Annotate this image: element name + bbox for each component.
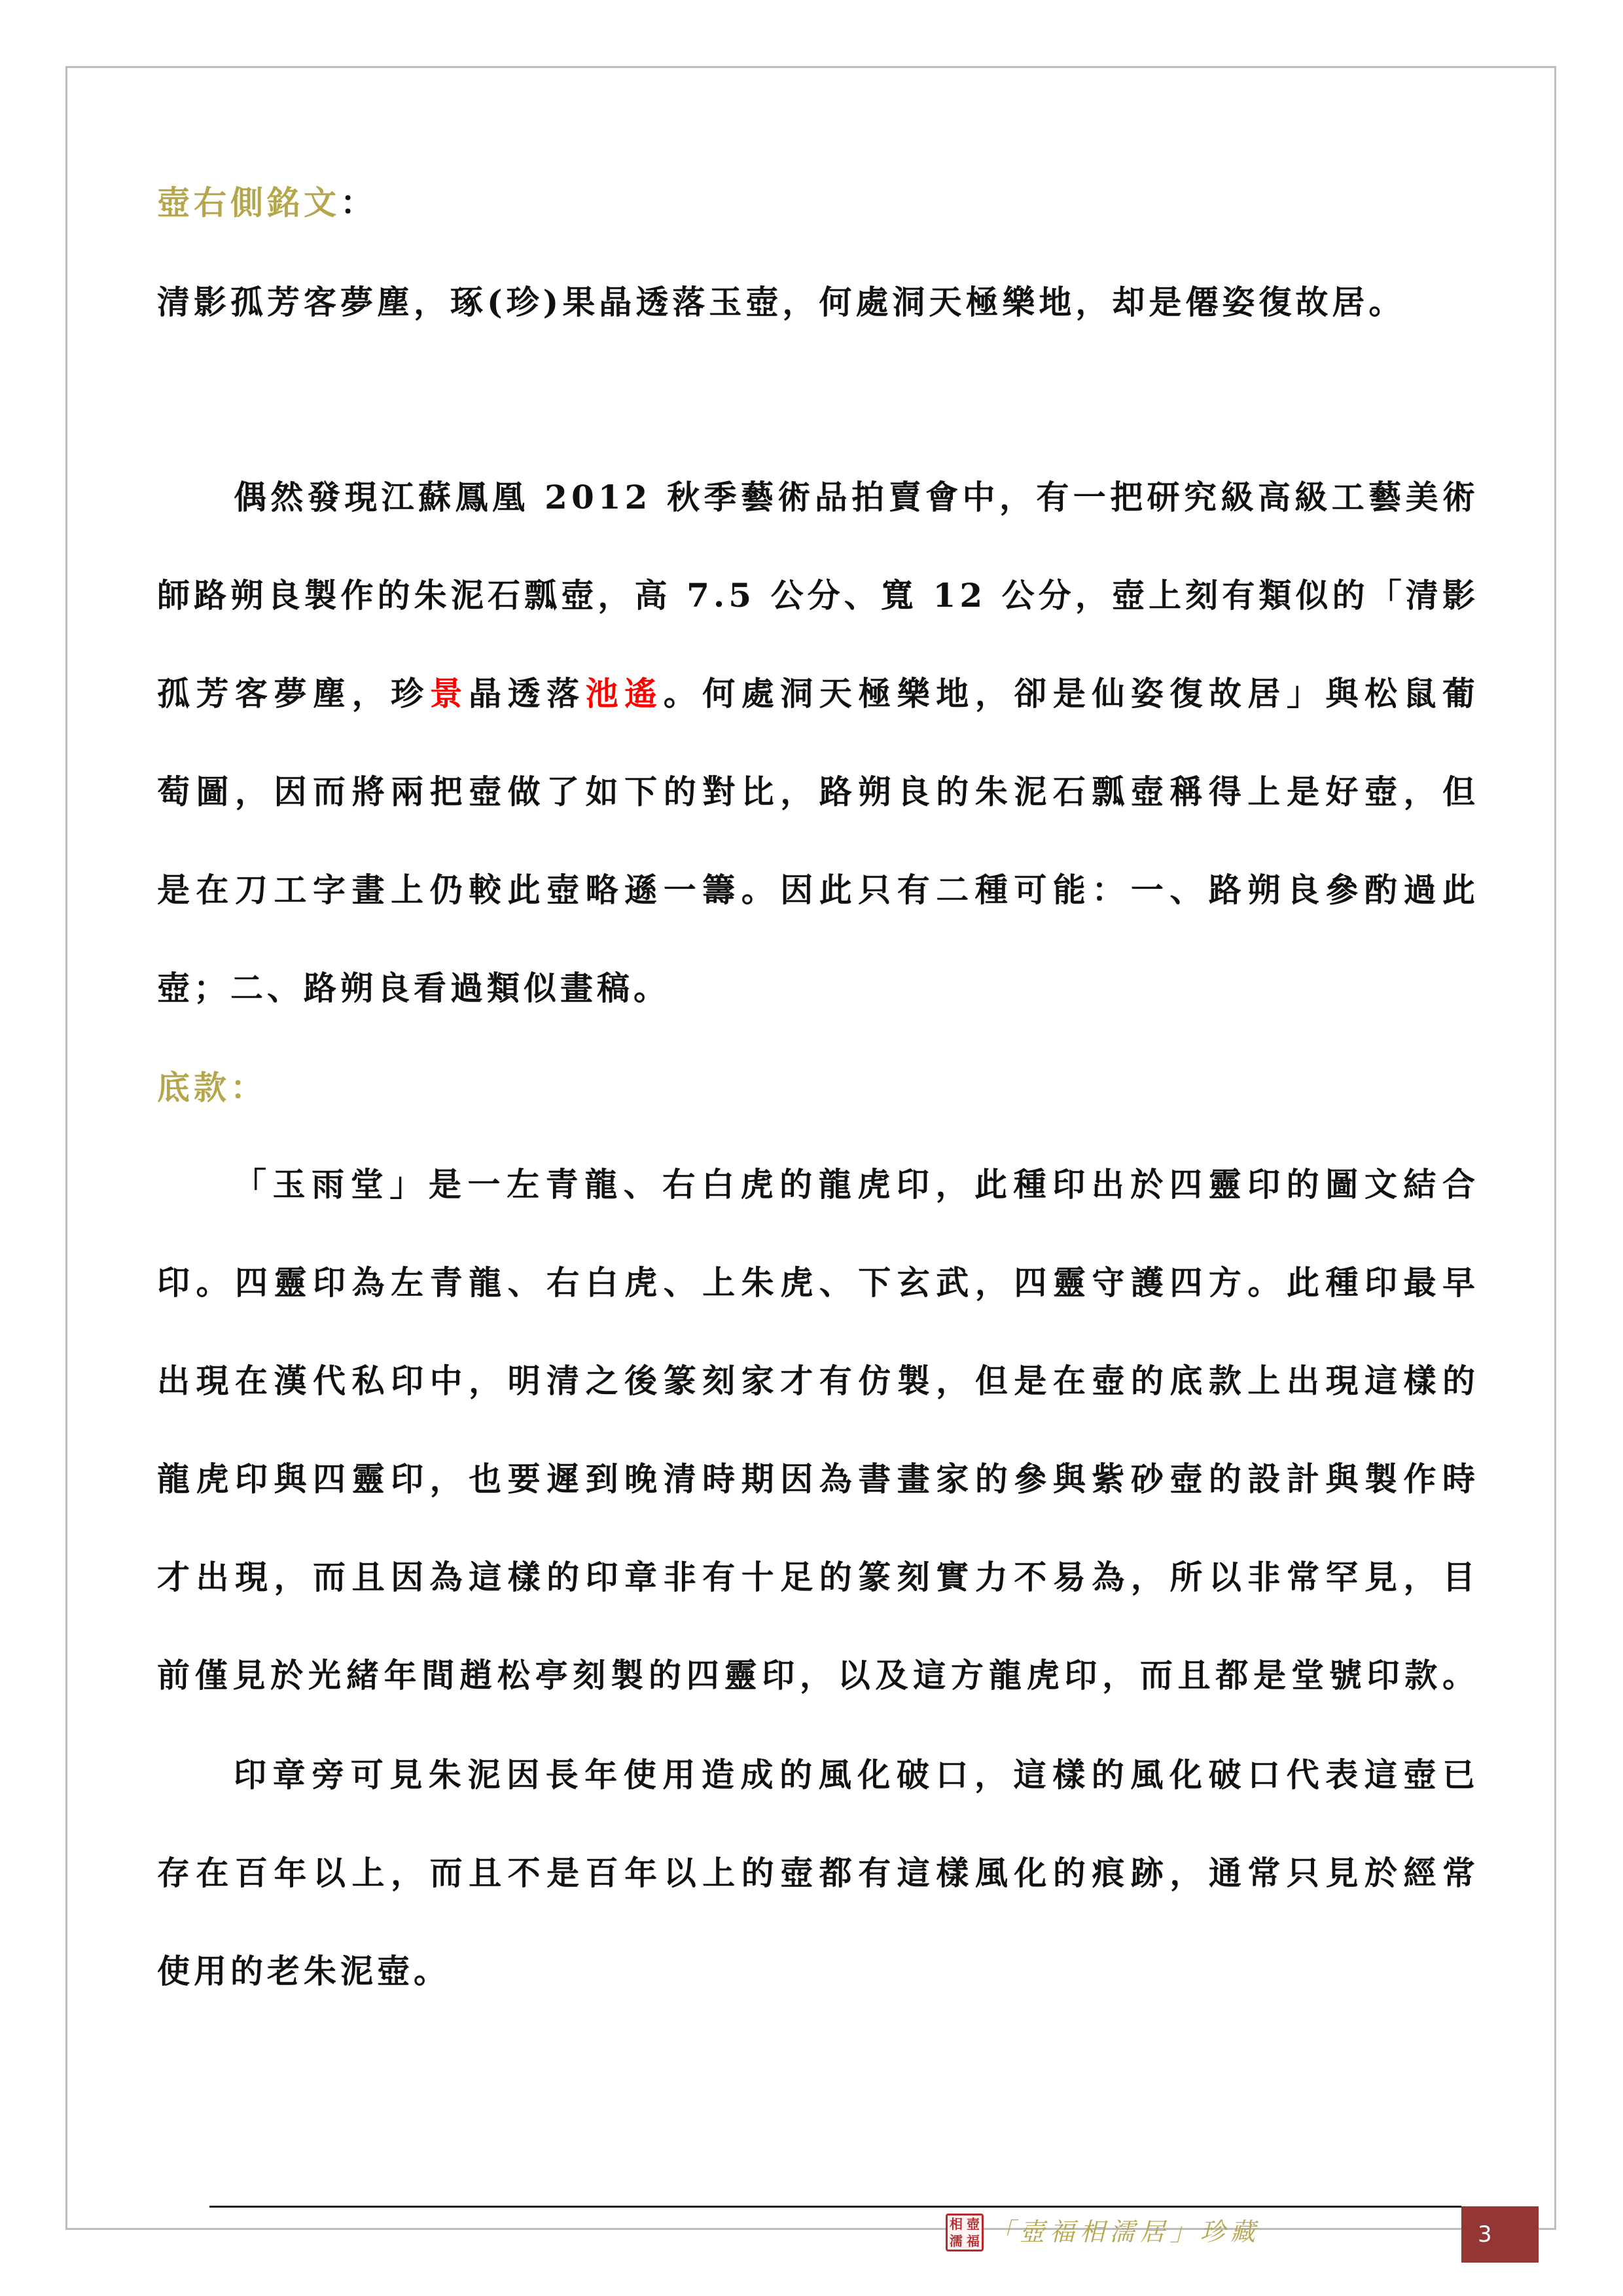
section-heading-base-mark: 底款： xyxy=(157,1062,1479,1114)
paragraph1-line-1: 偶然發現江蘇鳳凰 2012 秋季藝術品拍賣會中，有一把研究級高級工藝美術 xyxy=(234,471,1479,524)
page-number: 3 xyxy=(1461,2206,1539,2263)
seal-char: 濡 xyxy=(948,2233,965,2250)
paragraph2-line-4: 龍虎印與四靈印，也要遲到晚清時期因為書畫家的參與紫砂壺的設計與製作時 xyxy=(157,1453,1479,1505)
seal-stamp-icon: 相 壺 濡 福 xyxy=(946,2214,984,2251)
paragraph3-line-3: 使用的老朱泥壺。 xyxy=(157,1945,1479,1998)
heading-text: 底款 xyxy=(157,1068,230,1107)
paragraph1-line-2: 師路朔良製作的朱泥石瓢壺，高 7.5 公分、寬 12 公分，壺上刻有類似的「清影 xyxy=(157,569,1479,622)
paragraph3-line-1: 印章旁可見朱泥因長年使用造成的風化破口，這樣的風化破口代表這壺已 xyxy=(234,1749,1479,1801)
highlighted-text: 景 xyxy=(430,674,469,713)
section-heading-right-side-inscription: 壺右側銘文： xyxy=(157,177,1479,229)
paragraph1-line-6: 壺；二、路朔良看過類似畫稿。 xyxy=(157,962,1479,1014)
paragraph1-line-5: 是在刀工字畫上仍較此壺略遜一籌。因此只有二種可能：一、路朔良參酌過此 xyxy=(157,864,1479,916)
footer-collection-title: 「壺福相濡居」珍藏 xyxy=(990,2212,1260,2251)
paragraph3-line-2: 存在百年以上，而且不是百年以上的壺都有這樣風化的痕跡，通常只見於經常 xyxy=(157,1847,1479,1899)
text-run: 孤芳客夢塵，珍 xyxy=(157,674,430,713)
heading-text: 壺右側銘文 xyxy=(157,183,340,222)
paragraph2-line-2: 印。四靈印為左青龍、右白虎、上朱虎、下玄武，四靈守護四方。此種印最早 xyxy=(157,1257,1479,1309)
paragraph2-line-6: 前僅見於光緒年間趙松亭刻製的四靈印，以及這方龍虎印，而且都是堂號印款。 xyxy=(157,1649,1479,1702)
seal-char: 壺 xyxy=(965,2215,982,2233)
text-run: 晶透落 xyxy=(469,674,586,713)
footer-rule xyxy=(209,2206,1461,2208)
inscription-text: 清影孤芳客夢塵，琢(珍)果晶透落玉壺，何處洞天極樂地，却是僊姿復故居。 xyxy=(157,276,1479,329)
seal-char: 相 xyxy=(948,2215,965,2233)
paragraph2-line-3: 出現在漢代私印中，明清之後篆刻家才有仿製，但是在壺的底款上出現這樣的 xyxy=(157,1355,1479,1407)
seal-char: 福 xyxy=(965,2233,982,2250)
highlighted-text: 池遙 xyxy=(586,674,664,713)
paragraph1-line-3: 孤芳客夢塵，珍景晶透落池遙。何處洞天極樂地，卻是仙姿復故居」與松鼠葡 xyxy=(157,668,1479,720)
page-frame xyxy=(65,66,1556,2230)
paragraph2-line-5: 才出現，而且因為這樣的印章非有十足的篆刻實力不易為，所以非常罕見，目 xyxy=(157,1551,1479,1604)
paragraph2-line-1: 「玉雨堂」是一左青龍、右白虎的龍虎印，此種印出於四靈印的圖文結合 xyxy=(234,1158,1479,1211)
text-run: 。何處洞天極樂地，卻是仙姿復故居」與松鼠葡 xyxy=(664,674,1479,713)
heading-colon: ： xyxy=(340,183,377,222)
heading-colon: ： xyxy=(230,1068,267,1107)
paragraph1-line-4: 萄圖，因而將兩把壺做了如下的對比，路朔良的朱泥石瓢壺稱得上是好壺，但 xyxy=(157,766,1479,818)
